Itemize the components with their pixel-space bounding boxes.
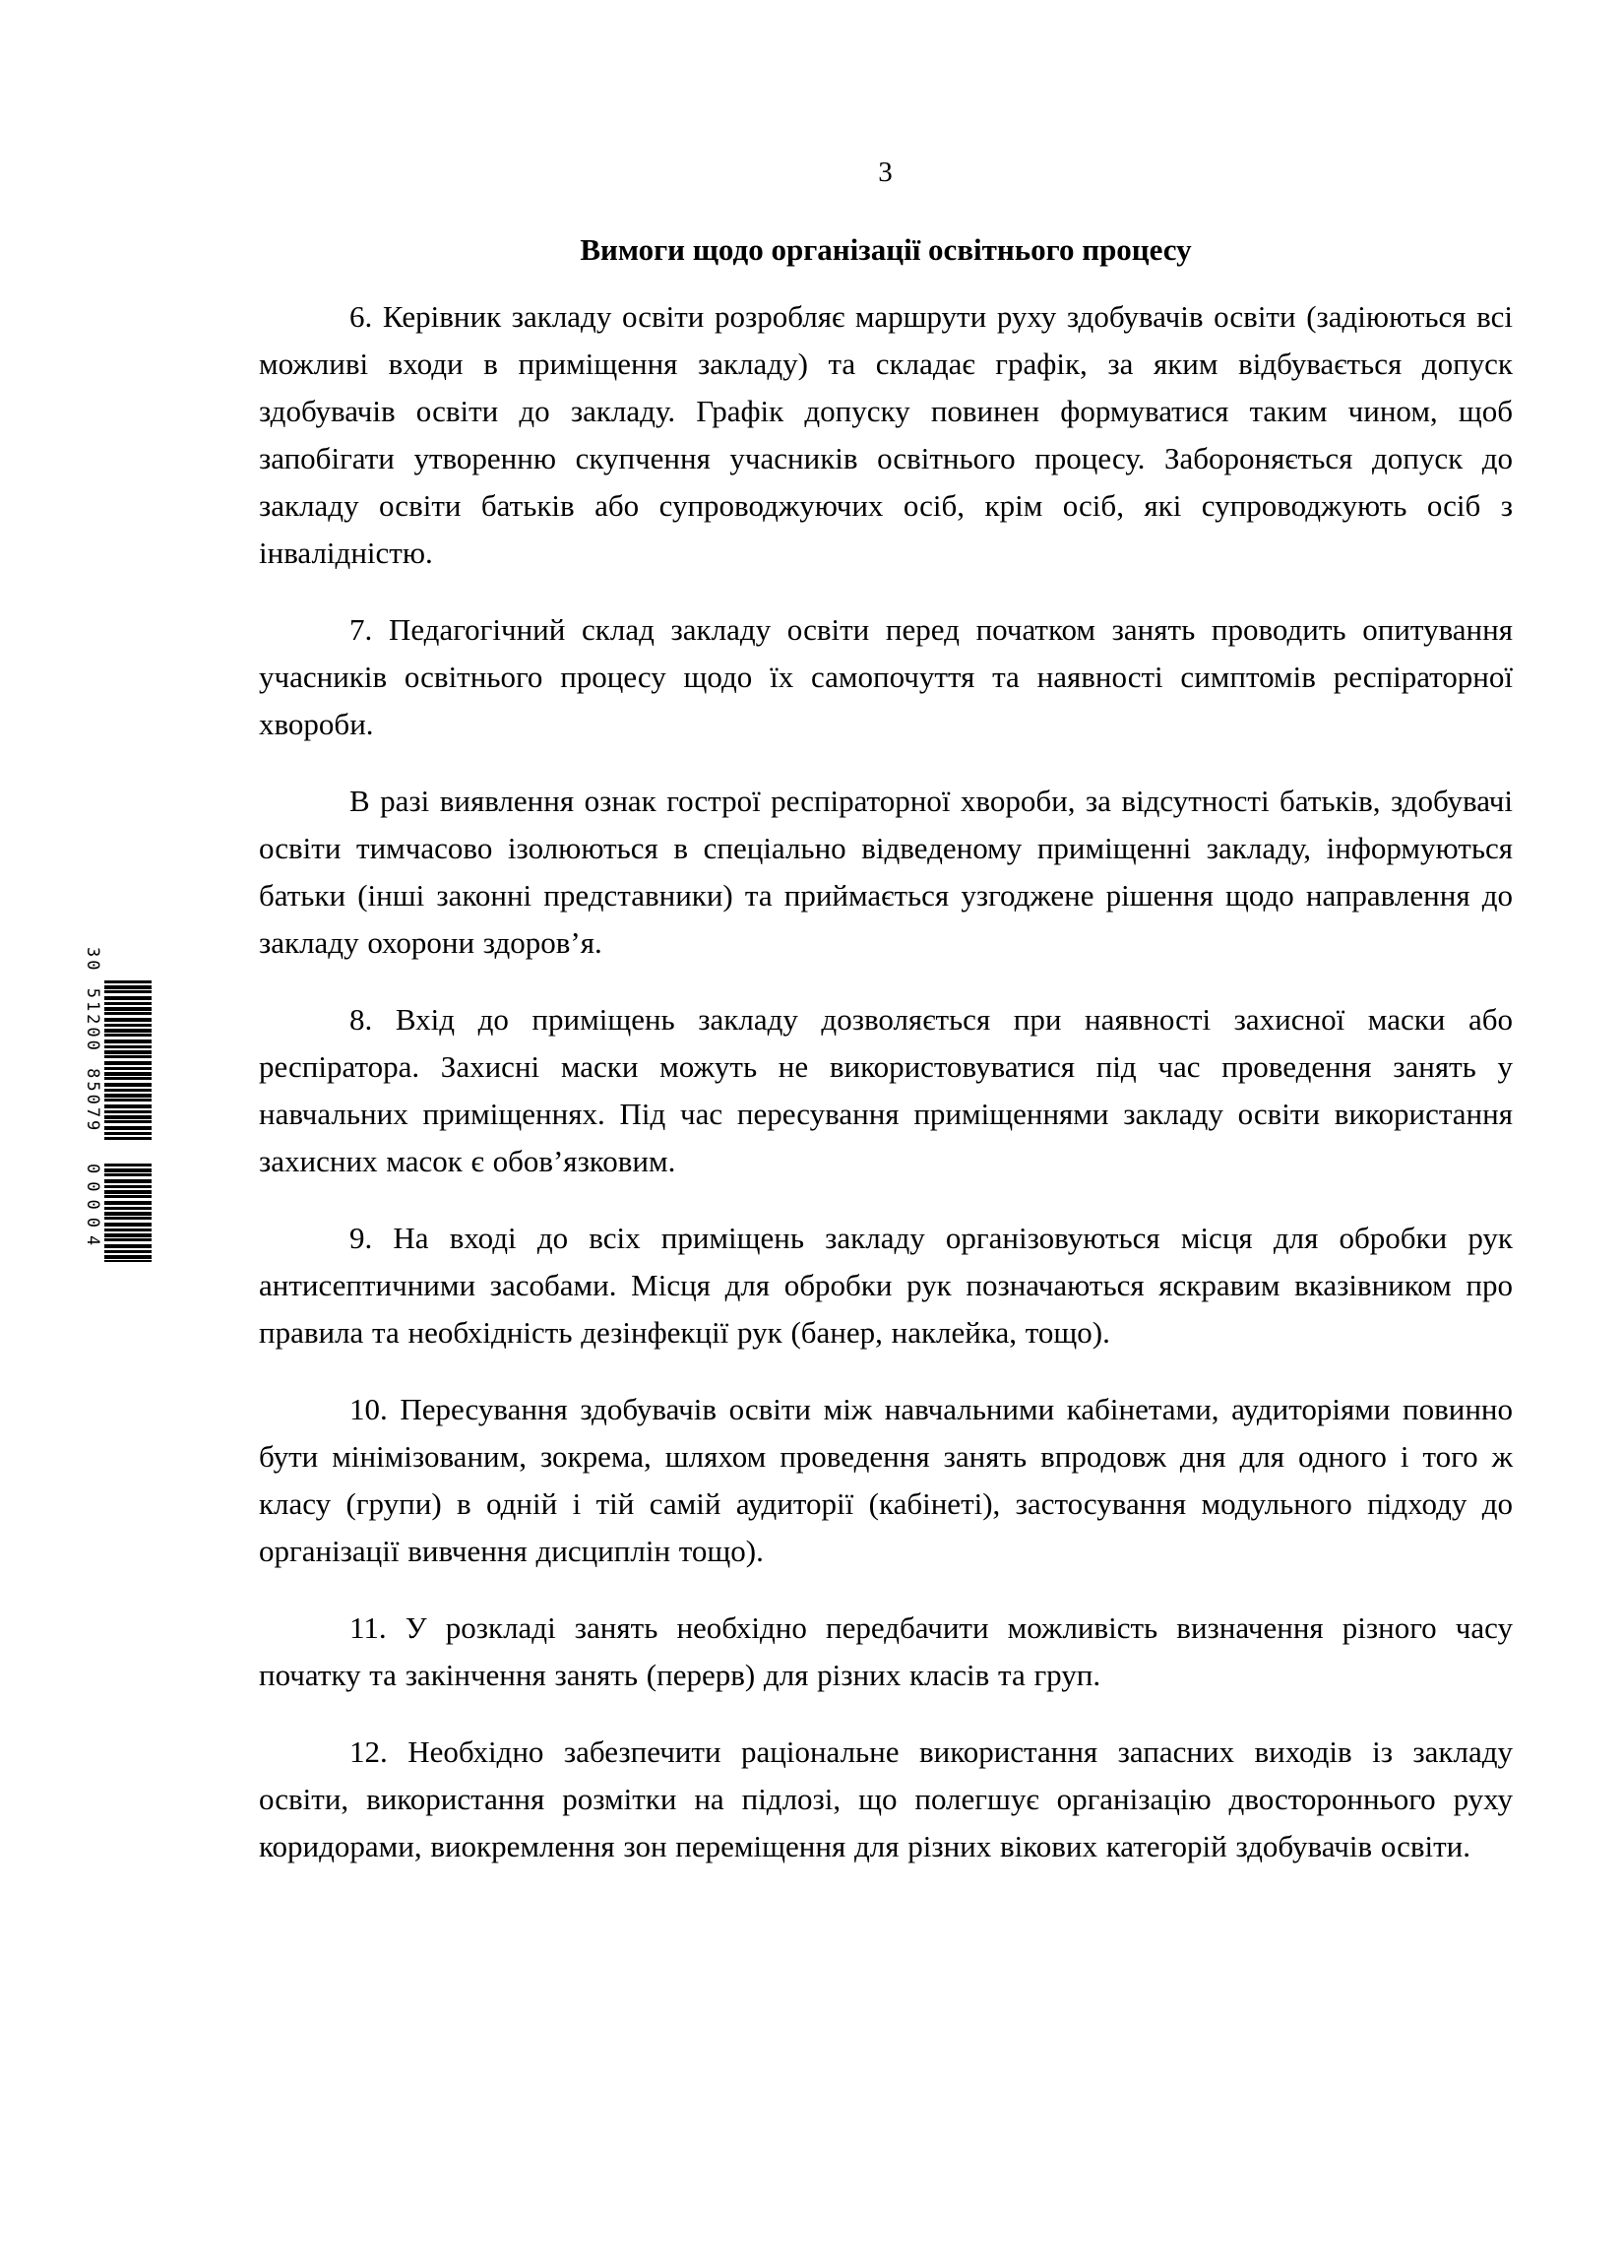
barcode-addon-digits: 00004	[83, 1164, 102, 1262]
paragraph-8: 8. Вхід до приміщень закладу дозволяєтьс…	[259, 996, 1513, 1185]
barcode-addon: 00004	[83, 1164, 152, 1262]
barcode-digits: 30 51200 85079	[83, 947, 102, 1140]
paragraph-10: 10. Пересування здобувачів освіти між на…	[259, 1386, 1513, 1575]
barcode-bars	[104, 980, 152, 1140]
document-body: 6. Керівник закладу освіти розробляє мар…	[259, 293, 1513, 1870]
document-page: 30 51200 85079 00004 3 Вимоги щодо орган…	[0, 0, 1624, 2268]
text-column: 3 Вимоги щодо організації освітнього про…	[259, 157, 1513, 1900]
paragraph-12: 12. Необхідно забезпечити раціональне ви…	[259, 1729, 1513, 1870]
document-title: Вимоги щодо організації освітнього проце…	[259, 230, 1513, 270]
barcode-main: 30 51200 85079	[83, 947, 152, 1140]
barcode-inner: 30 51200 85079 00004	[83, 947, 152, 1262]
paragraph-9: 9. На вході до всіх приміщень закладу ор…	[259, 1215, 1513, 1356]
paragraph-11: 11. У розкладі занять необхідно передбач…	[259, 1605, 1513, 1699]
paragraph-7-continuation: В разі виявлення ознак гострої респірато…	[259, 778, 1513, 967]
paragraph-7: 7. Педагогічний склад закладу освіти пер…	[259, 606, 1513, 748]
barcode-addon-bars	[104, 1164, 152, 1262]
page-number: 3	[259, 157, 1513, 187]
barcode: 30 51200 85079 00004	[83, 947, 152, 1262]
paragraph-6: 6. Керівник закладу освіти розробляє мар…	[259, 293, 1513, 577]
